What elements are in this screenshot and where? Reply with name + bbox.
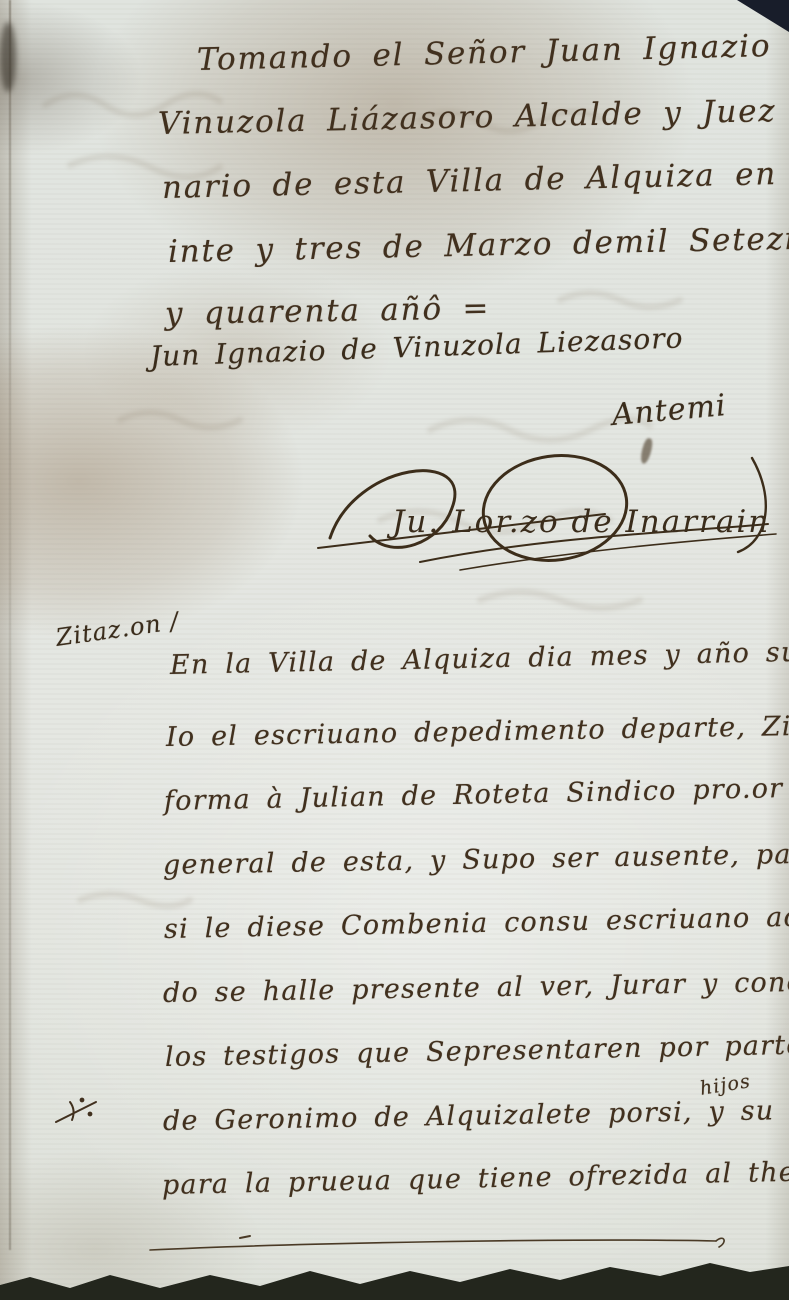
escribano-signature-text: Ju. Lor.zo de Inarrain bbox=[386, 504, 770, 540]
opening-line: y quarenta añô = bbox=[165, 290, 491, 332]
escribano-signature-flourish: Ju. Lor.zo de Inarrain bbox=[300, 440, 789, 590]
manuscript-scan: Tomando el Señor Juan Ignazio de Vinuzol… bbox=[0, 0, 789, 1300]
margin-mark bbox=[52, 1092, 112, 1132]
closing-rule-flourish bbox=[148, 1232, 748, 1262]
